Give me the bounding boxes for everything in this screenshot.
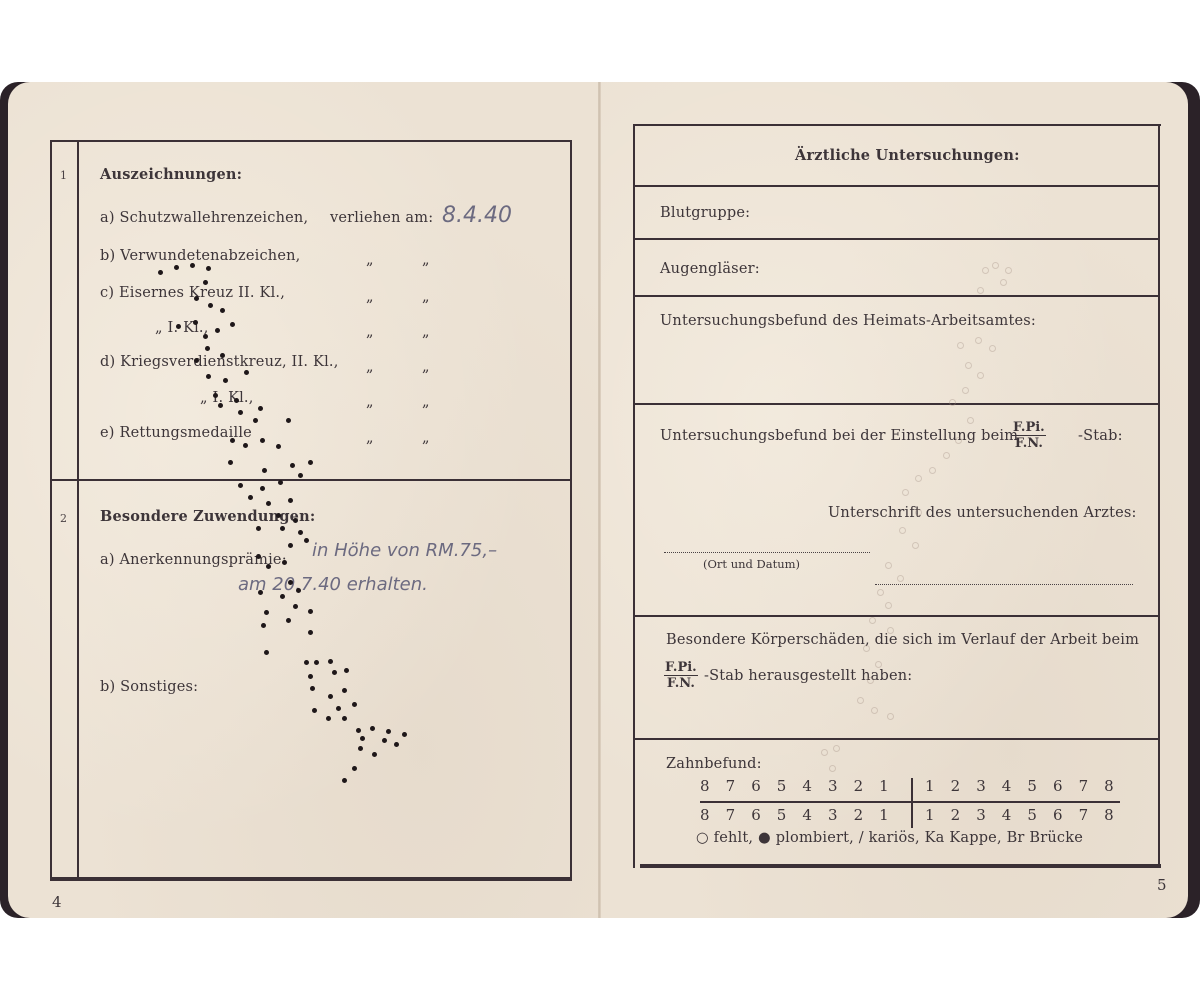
perforation-hole <box>286 618 291 623</box>
awarded-on-label: verliehen am: <box>330 210 433 226</box>
perforation-hole <box>248 495 253 500</box>
blood-group-label: Blutgruppe: <box>660 205 750 221</box>
page-number-right: 5 <box>1157 876 1167 894</box>
show-through-hole <box>857 697 864 704</box>
ditto-mark: „ <box>366 430 374 446</box>
award-item-c-first-class: „ I. Kl., <box>155 320 209 336</box>
perforation-hole <box>304 538 309 543</box>
dental-legend: ○ fehlt, ● plombiert, / kariös, Ka Kappe… <box>696 830 1083 846</box>
perforation-hole <box>258 590 263 595</box>
fraction-bottom: F.N. <box>1012 436 1046 451</box>
award-item-d-first-class: „ I. Kl., <box>200 390 254 406</box>
tooth-number: 5 <box>1019 806 1045 824</box>
perforation-hole <box>262 468 267 473</box>
tooth-number: 6 <box>1045 777 1071 795</box>
show-through-hole <box>992 262 999 269</box>
perforation-hole <box>266 564 271 569</box>
show-through-hole <box>929 467 936 474</box>
show-through-hole <box>977 287 984 294</box>
perforation-hole <box>344 668 349 673</box>
section-number-1: 1 <box>60 169 67 182</box>
ditto-mark: „ <box>422 324 430 340</box>
perforation-hole <box>203 334 208 339</box>
show-through-hole <box>863 645 870 652</box>
teeth-lower-right: 12345678 <box>917 806 1122 824</box>
section-number-2: 2 <box>60 512 67 525</box>
perforation-hole <box>260 486 265 491</box>
perforation-hole <box>215 328 220 333</box>
benefit-item-b: b) Sonstiges: <box>100 679 198 695</box>
perforation-hole <box>158 270 163 275</box>
show-through-hole <box>977 372 984 379</box>
tooth-number: 3 <box>820 806 846 824</box>
tooth-number: 4 <box>994 806 1020 824</box>
show-through-hole <box>1000 279 1007 286</box>
signature-line <box>875 584 1133 585</box>
section-divider <box>50 479 572 481</box>
perforation-hole <box>256 554 261 559</box>
ditto-mark: „ <box>366 394 374 410</box>
perforation-hole <box>276 513 281 518</box>
show-through-hole <box>915 475 922 482</box>
perforation-hole <box>342 778 347 783</box>
perforation-hole <box>261 623 266 628</box>
perforation-hole <box>238 410 243 415</box>
perforation-hole <box>304 660 309 665</box>
hiring-exam-label: Untersuchungsbefund bei der Einstellung … <box>660 428 1018 444</box>
perforation-hole <box>293 518 298 523</box>
perforation-hole <box>298 473 303 478</box>
show-through-hole <box>875 661 882 668</box>
perforation-hole <box>308 460 313 465</box>
row-divider <box>633 615 1160 617</box>
perforation-hole <box>278 480 283 485</box>
perforation-hole <box>293 604 298 609</box>
table-top-border <box>633 124 1161 126</box>
tooth-number: 8 <box>1096 777 1122 795</box>
staff-suffix: -Stab: <box>1078 428 1123 444</box>
show-through-hole <box>955 437 962 444</box>
perforation-hole <box>288 498 293 503</box>
fpi-fn-fraction: F.Pi. F.N. <box>664 660 698 691</box>
table-right-border <box>570 140 572 880</box>
perforation-hole <box>298 530 303 535</box>
show-through-hole <box>965 362 972 369</box>
table-right-border <box>1158 124 1160 868</box>
ditto-mark: „ <box>422 359 430 375</box>
show-through-hole <box>902 489 909 496</box>
fraction-top: F.Pi. <box>1012 420 1046 436</box>
perforation-hole <box>372 752 377 757</box>
perforation-hole <box>326 716 331 721</box>
show-through-hole <box>877 589 884 596</box>
tooth-number: 1 <box>917 806 943 824</box>
handwritten-bonus-date: am 20.7.40 erhalten. <box>238 574 428 595</box>
physical-injuries-label: Besondere Körperschäden, die sich im Ver… <box>666 632 1139 648</box>
tooth-number: 2 <box>846 777 872 795</box>
show-through-hole <box>871 707 878 714</box>
physical-injuries-label-cont: -Stab herausgestellt haben: <box>704 668 912 684</box>
tooth-number: 3 <box>968 777 994 795</box>
perforation-hole <box>342 688 347 693</box>
perforation-hole <box>342 716 347 721</box>
tooth-number: 7 <box>1071 806 1097 824</box>
tooth-number: 7 <box>1071 777 1097 795</box>
tooth-number: 7 <box>718 806 744 824</box>
perforation-hole <box>328 659 333 664</box>
perforation-hole <box>213 393 218 398</box>
perforation-hole <box>308 630 313 635</box>
perforation-hole <box>386 729 391 734</box>
award-item-a: a) Schutzwallehrenzeichen, <box>100 210 308 226</box>
perforation-hole <box>194 296 199 301</box>
perforation-hole <box>288 580 293 585</box>
perforation-hole <box>194 358 199 363</box>
tooth-number: 2 <box>943 777 969 795</box>
perforation-hole <box>352 702 357 707</box>
place-date-line <box>664 552 870 553</box>
perforation-hole <box>223 378 228 383</box>
teeth-upper-left: 87654321 <box>692 777 897 795</box>
section-title-special-benefits: Besondere Zuwendungen: <box>100 508 315 525</box>
show-through-hole <box>887 627 894 634</box>
ditto-mark: „ <box>366 252 374 268</box>
perforation-hole <box>280 594 285 599</box>
row-divider <box>633 738 1160 740</box>
perforation-hole <box>314 660 319 665</box>
perforation-hole <box>356 728 361 733</box>
place-date-label: (Ort und Datum) <box>703 557 800 571</box>
perforation-hole <box>176 324 181 329</box>
tooth-number: 1 <box>917 777 943 795</box>
show-through-hole <box>1005 267 1012 274</box>
tooth-number: 3 <box>968 806 994 824</box>
table-left-border <box>50 140 52 880</box>
perforation-hole <box>296 588 301 593</box>
perforation-hole <box>394 742 399 747</box>
teeth-lower-left: 87654321 <box>692 806 897 824</box>
show-through-hole <box>829 765 836 772</box>
ditto-mark: „ <box>366 359 374 375</box>
show-through-hole <box>982 267 989 274</box>
tooth-number: 4 <box>794 806 820 824</box>
perforation-hole <box>266 501 271 506</box>
ditto-mark: „ <box>422 394 430 410</box>
perforation-hole <box>308 674 313 679</box>
show-through-hole <box>899 527 906 534</box>
tooth-number: 6 <box>743 806 769 824</box>
row-divider <box>633 295 1160 297</box>
perforation-hole <box>280 526 285 531</box>
perforation-hole <box>256 526 261 531</box>
perforation-hole <box>218 403 223 408</box>
perforation-hole <box>382 738 387 743</box>
eyeglasses-label: Augengläser: <box>660 261 760 277</box>
home-employment-office-exam-label: Untersuchungsbefund des Heimats-Arbeitsa… <box>660 313 1036 329</box>
perforation-hole <box>230 322 235 327</box>
perforation-hole <box>203 280 208 285</box>
tooth-number: 3 <box>820 777 846 795</box>
row-divider <box>633 185 1160 187</box>
ditto-mark: „ <box>422 252 430 268</box>
show-through-hole <box>962 387 969 394</box>
tooth-number: 5 <box>769 806 795 824</box>
show-through-hole <box>821 749 828 756</box>
dental-findings-label: Zahnbefund: <box>666 756 762 772</box>
show-through-hole <box>967 417 974 424</box>
perforation-hole <box>244 370 249 375</box>
show-through-hole <box>975 337 982 344</box>
perforation-hole <box>328 694 333 699</box>
perforation-hole <box>258 406 263 411</box>
ditto-mark: „ <box>422 289 430 305</box>
dental-chart-vertical-line <box>911 778 913 828</box>
tooth-number: 5 <box>769 777 795 795</box>
dental-chart-horizontal-line <box>700 801 1120 803</box>
show-through-hole <box>869 617 876 624</box>
perforation-hole <box>286 418 291 423</box>
perforation-hole <box>193 320 198 325</box>
perforation-hole <box>352 766 357 771</box>
row-divider <box>633 403 1160 405</box>
perforation-hole <box>310 686 315 691</box>
show-through-hole <box>897 575 904 582</box>
table-bottom-border <box>640 864 1161 868</box>
perforation-hole <box>264 650 269 655</box>
perforation-hole <box>174 265 179 270</box>
number-column-divider <box>77 140 79 880</box>
table-left-border <box>633 124 635 868</box>
show-through-hole <box>957 342 964 349</box>
tooth-number: 2 <box>846 806 872 824</box>
tooth-number: 1 <box>871 806 897 824</box>
perforation-hole <box>234 398 239 403</box>
perforation-hole <box>370 726 375 731</box>
perforation-hole <box>308 609 313 614</box>
tooth-number: 1 <box>871 777 897 795</box>
physician-signature-label: Unterschrift des untersuchenden Arztes: <box>828 505 1137 521</box>
tooth-number: 5 <box>1019 777 1045 795</box>
show-through-hole <box>887 713 894 720</box>
perforation-hole <box>276 444 281 449</box>
tooth-number: 8 <box>692 806 718 824</box>
tooth-number: 8 <box>692 777 718 795</box>
ditto-mark: „ <box>366 324 374 340</box>
book-gutter <box>598 82 601 918</box>
tooth-number: 4 <box>994 777 1020 795</box>
medical-exams-header: Ärztliche Untersuchungen: <box>795 147 1020 164</box>
fraction-bottom: F.N. <box>664 676 698 691</box>
page-number-left: 4 <box>52 893 62 911</box>
perforation-hole <box>230 438 235 443</box>
perforation-hole <box>336 706 341 711</box>
show-through-hole <box>915 509 922 516</box>
fraction-top: F.Pi. <box>664 660 698 676</box>
perforation-hole <box>312 708 317 713</box>
show-through-hole <box>989 345 996 352</box>
perforation-hole <box>238 483 243 488</box>
perforation-hole <box>205 346 210 351</box>
perforation-hole <box>190 263 195 268</box>
perforation-hole <box>282 560 287 565</box>
perforation-hole <box>253 418 258 423</box>
perforation-hole <box>290 463 295 468</box>
award-item-b: b) Verwundetenabzeichen, <box>100 248 300 264</box>
show-through-hole <box>885 562 892 569</box>
perforation-hole <box>264 610 269 615</box>
perforation-hole <box>220 308 225 313</box>
handwritten-award-date: 8.4.40 <box>442 203 512 228</box>
tooth-number: 6 <box>1045 806 1071 824</box>
show-through-hole <box>912 542 919 549</box>
show-through-hole <box>885 602 892 609</box>
ditto-mark: „ <box>366 289 374 305</box>
fpi-fn-fraction: F.Pi. F.N. <box>1012 420 1046 451</box>
tooth-number: 2 <box>943 806 969 824</box>
perforation-hole <box>243 443 248 448</box>
tooth-number: 4 <box>794 777 820 795</box>
perforation-hole <box>332 670 337 675</box>
perforation-hole <box>260 438 265 443</box>
table-top-border <box>50 140 572 142</box>
tooth-number: 7 <box>718 777 744 795</box>
perforation-hole <box>288 543 293 548</box>
perforation-hole <box>208 303 213 308</box>
tooth-number: 8 <box>1096 806 1122 824</box>
show-through-hole <box>867 677 874 684</box>
award-item-e: e) Rettungsmedaille <box>100 425 252 441</box>
section-title-awards: Auszeichnungen: <box>100 166 242 183</box>
show-through-hole <box>949 399 956 406</box>
award-item-c: c) Eisernes Kreuz II. Kl., <box>100 285 285 301</box>
perforation-hole <box>360 736 365 741</box>
teeth-upper-right: 12345678 <box>917 777 1122 795</box>
table-bottom-border <box>50 877 572 881</box>
perforation-hole <box>358 746 363 751</box>
show-through-hole <box>833 745 840 752</box>
show-through-hole <box>943 452 950 459</box>
ditto-mark: „ <box>422 430 430 446</box>
perforation-hole <box>402 732 407 737</box>
perforation-hole <box>206 266 211 271</box>
perforation-hole <box>220 353 225 358</box>
perforation-hole <box>206 374 211 379</box>
row-divider <box>633 238 1160 240</box>
perforation-hole <box>228 460 233 465</box>
tooth-number: 6 <box>743 777 769 795</box>
handwritten-bonus-amount: in Höhe von RM.75,– <box>312 540 497 561</box>
